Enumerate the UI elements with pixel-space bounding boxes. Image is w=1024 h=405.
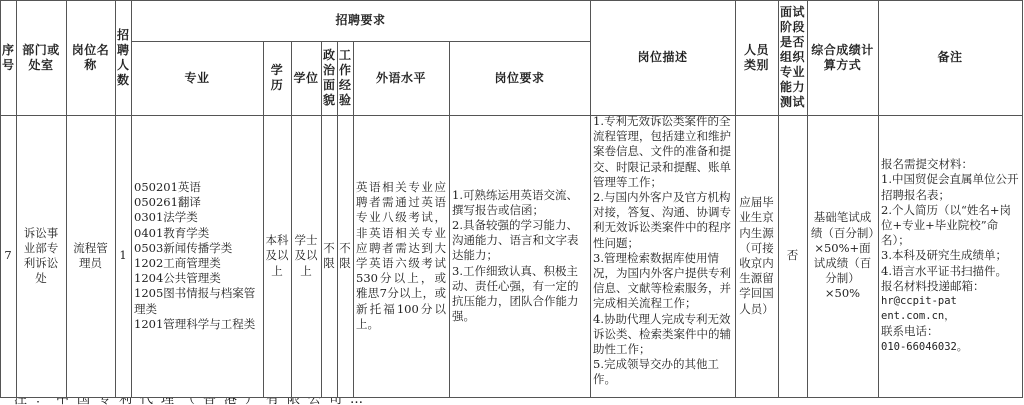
col-divider <box>807 0 808 398</box>
footer-note-cut: 注：中国专利代理（香港）有限公司… <box>0 398 1024 405</box>
col-divider <box>66 0 67 398</box>
major-item: 0503新闻传播学类 <box>134 241 255 256</box>
cell-job-req: 1.可熟练运用英语交流、撰写报告或信函； 2.具备较强的学习能力、沟通能力、语言… <box>449 115 590 397</box>
major-item: 1201管理科学与工程类 <box>134 317 255 332</box>
cell-job-desc: 1.专利无效诉讼类案件的全流程管理，包括建立和维护案卷信息、文件的准备和提交、时… <box>590 115 735 397</box>
recruitment-table: 序号 部门或处室 岗位名称 招聘人数 招聘要求 专业 学历 学位 政治面貌 工作… <box>0 0 1024 405</box>
header-staff-type: 人员类别 <box>735 0 778 115</box>
cell-seq: 7 <box>0 115 16 397</box>
cell-count: 1 <box>115 115 131 397</box>
major-item: 050201英语 <box>134 180 255 195</box>
col-divider <box>449 41 450 398</box>
col-divider <box>878 0 879 398</box>
major-item: 050261翻译 <box>134 195 255 210</box>
major-item: 1205图书情报与档案管 <box>134 286 255 301</box>
col-divider <box>131 0 132 398</box>
header-degree: 学位 <box>291 41 321 115</box>
job-desc-item: 1.专利无效诉讼类案件的全流程管理，包括建立和维护案卷信息、文件的准备和提交、时… <box>593 115 732 190</box>
email-link[interactable]: hr@ccpit-patent.com.cn， <box>881 294 961 324</box>
cell-staff-type: 应届毕业生京内生源（可接收京内生源留学回国人员） <box>735 115 778 397</box>
header-interview-test: 面试阶段是否组织专业能力测试 <box>778 0 807 115</box>
majors-list: 050201英语 050261翻译 0301法学类 0401教育学类 0503新… <box>134 180 255 332</box>
job-req-list: 1.可熟练运用英语交流、撰写报告或信函； 2.具备较强的学习能力、沟通能力、语言… <box>452 188 587 325</box>
header-dept: 部门或处室 <box>16 0 66 115</box>
header-job-req: 岗位要求 <box>449 41 590 115</box>
header-remarks: 备注 <box>878 0 1022 115</box>
cell-experience: 不限 <box>337 115 353 397</box>
col-divider <box>778 0 779 398</box>
remarks-item: 1.中国贸促会直属单位公开招聘报名表； <box>881 172 1019 202</box>
job-desc-item: 3.管理检索数据库使用情况，为国内外客户提供专利信息、文献等检索服务，并完成相关… <box>593 251 732 312</box>
col-divider <box>1022 0 1023 398</box>
major-item: 0301法学类 <box>134 210 255 225</box>
header-count: 招聘人数 <box>115 0 131 115</box>
cell-majors: 050201英语 050261翻译 0301法学类 0401教育学类 0503新… <box>131 115 263 397</box>
header-job-desc: 岗位描述 <box>590 0 735 115</box>
remarks-block: 报名需提交材料： 1.中国贸促会直属单位公开招聘报名表； 2.个人简历（以“姓名… <box>881 157 1019 355</box>
header-major: 专业 <box>131 41 263 115</box>
col-divider <box>735 0 736 398</box>
remarks-item: 2.个人简历（以“姓名+岗位+专业+毕业院校”命名）； <box>881 203 1019 249</box>
col-divider <box>263 41 264 398</box>
remarks-item: 3.本科及研究生成绩单； <box>881 248 1019 263</box>
col-divider <box>0 0 1 398</box>
major-item: 1202工商管理类 <box>134 256 255 271</box>
header-education: 学历 <box>263 41 291 115</box>
job-desc-item: 2.与国内外客户及官方机构对接，答复、沟通、协调专利无效诉讼类案件中的程序性问题… <box>593 190 732 251</box>
header-experience: 工作经验 <box>337 41 353 115</box>
col-divider <box>16 0 17 398</box>
job-desc-item: 4.协助代理人完成专利无效诉讼类、检索类案件中的辅助性工作； <box>593 312 732 358</box>
cell-dept: 诉讼事业部专利诉讼处 <box>16 115 66 397</box>
cell-education: 本科及以上 <box>263 115 291 397</box>
job-req-item: 2.具备较强的学习能力、沟通能力、语言和文字表达能力； <box>452 218 587 264</box>
major-item: 理类 <box>134 302 255 317</box>
job-req-item: 1.可熟练运用英语交流、撰写报告或信函； <box>452 188 587 218</box>
col-divider <box>115 0 116 398</box>
col-divider <box>353 41 354 398</box>
col-divider <box>291 41 292 398</box>
header-score-method: 综合成绩计算方式 <box>807 0 878 115</box>
col-divider <box>590 0 591 398</box>
phone-number: 010-66046032。 <box>881 340 1019 355</box>
remarks-item: 4.语言水平证书扫描件。 <box>881 264 1019 279</box>
col-divider <box>321 41 322 398</box>
cell-score-method: 基础笔试成绩（百分制）×50%+面试成绩（百分制）×50% <box>807 115 878 397</box>
cell-remarks: 报名需提交材料： 1.中国贸促会直属单位公开招聘报名表； 2.个人简历（以“姓名… <box>878 115 1022 397</box>
header-political: 政治面貌 <box>321 41 337 115</box>
remarks-title: 报名需提交材料： <box>881 157 1019 172</box>
col-divider <box>337 41 338 398</box>
subheader-divider <box>131 41 590 42</box>
job-req-item: 3.工作细致认真、积极主动、责任心强，有一定的抗压能力，团队合作能力强。 <box>452 264 587 325</box>
major-item: 0401教育学类 <box>134 226 255 241</box>
cell-degree: 学士及以上 <box>291 115 321 397</box>
phone-label: 联系电话： <box>881 324 1019 339</box>
major-item: 1204公共管理类 <box>134 271 255 286</box>
header-requirements-group: 招聘要求 <box>131 0 590 41</box>
header-bottom-divider <box>0 115 1023 116</box>
job-desc-item: 5.完成领导交办的其他工作。 <box>593 357 732 387</box>
table-border-top <box>0 0 1023 1</box>
cell-political: 不限 <box>321 115 337 397</box>
cell-language: 英语相关专业应聘者需通过英语专业八级考试，非英语相关专业应聘者需达到大学英语六级… <box>353 115 449 397</box>
header-position: 岗位名称 <box>66 0 115 115</box>
header-language: 外语水平 <box>353 41 449 115</box>
email-label: 报名材料投递邮箱： <box>881 279 1019 294</box>
header-seq: 序号 <box>0 0 16 115</box>
cell-position: 流程管理员 <box>66 115 115 397</box>
cell-interview-test: 否 <box>778 115 807 397</box>
job-desc-list: 1.专利无效诉讼类案件的全流程管理，包括建立和维护案卷信息、文件的准备和提交、时… <box>593 115 732 388</box>
